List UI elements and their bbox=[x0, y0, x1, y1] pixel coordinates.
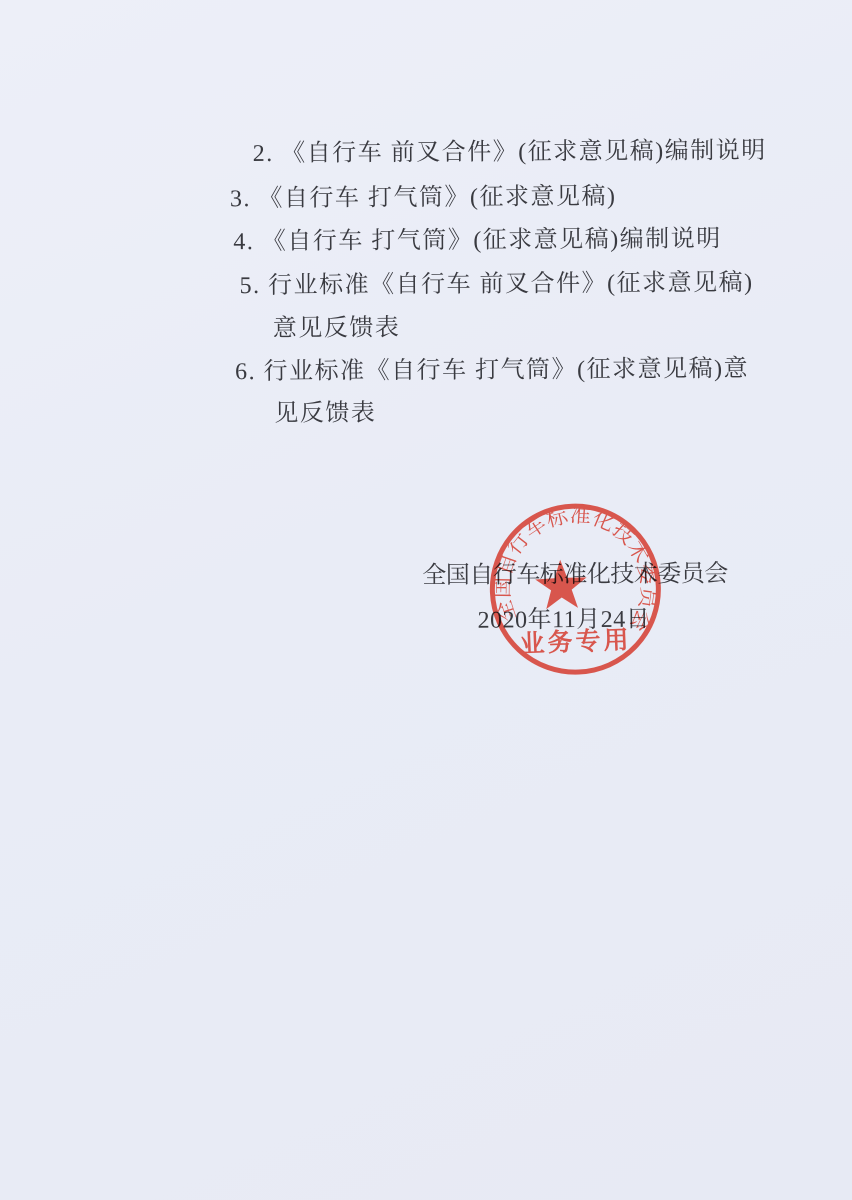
attachment-list-item-4: 4. 《自行车 打气筒》(征求意见稿)编制说明 bbox=[233, 224, 722, 257]
document-content: 2. 《自行车 前叉合件》(征求意见稿)编制说明 3. 《自行车 打气筒》(征求… bbox=[0, 0, 852, 1200]
seal-bottom-text: 业务专用 bbox=[519, 625, 632, 659]
official-seal-stamp: 全国自行车标准化技术委员会 业务专用 bbox=[463, 477, 690, 704]
attachment-list-item-6-line-2: 见反馈表 bbox=[274, 398, 376, 429]
attachment-list-item-2: 2. 《自行车 前叉合件》(征求意见稿)编制说明 bbox=[253, 136, 767, 169]
attachment-list-item-5-line-2: 意见反馈表 bbox=[273, 313, 401, 344]
attachment-list-item-6-line-1: 6. 行业标准《自行车 打气筒》(征求意见稿)意 bbox=[235, 354, 749, 387]
star-icon bbox=[534, 559, 587, 610]
attachment-list-item-3: 3. 《自行车 打气筒》(征求意见稿) bbox=[230, 182, 617, 214]
seal-ring-text: 全国自行车标准化技术委员会 bbox=[486, 499, 663, 642]
scanned-document-page: 2. 《自行车 前叉合件》(征求意见稿)编制说明 3. 《自行车 打气筒》(征求… bbox=[0, 0, 852, 1200]
seal-ring-text-node: 全国自行车标准化技术委员会 bbox=[486, 499, 663, 642]
attachment-list-item-5-line-1: 5. 行业标准《自行车 前叉合件》(征求意见稿) bbox=[239, 268, 753, 301]
